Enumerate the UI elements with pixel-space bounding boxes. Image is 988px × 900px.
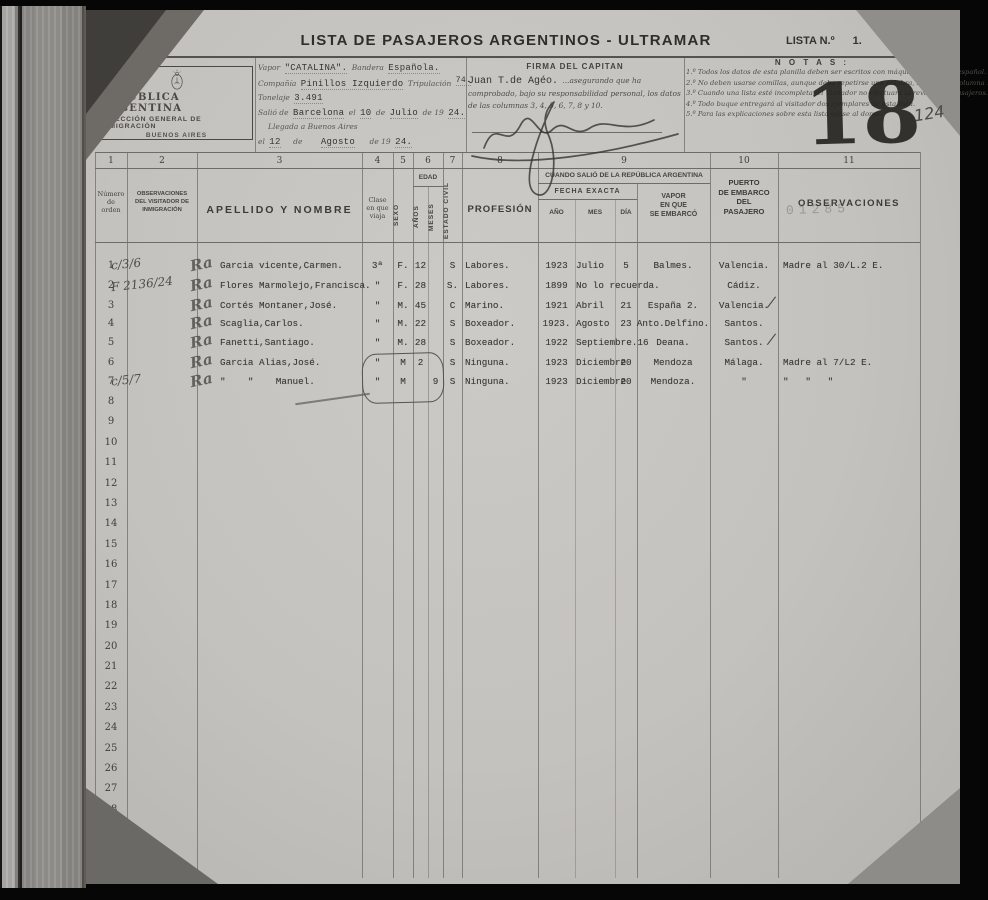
cell-nombre: Garcia vicente,Carmen. <box>220 260 343 271</box>
cell-profesion: Labores. <box>465 260 510 271</box>
page-number-stamp: 18 <box>803 66 922 161</box>
list-item: 22 <box>95 677 127 697</box>
list-item: 19 <box>95 616 127 636</box>
table-row: 5 Ra Fanetti,Santiago. " M. 28 S Boxeado… <box>95 337 927 357</box>
list-item: 26 <box>95 759 127 779</box>
cell-nombre: " " Manuel. <box>220 376 315 387</box>
list-item: 25 <box>95 739 127 759</box>
ship-line-arrival-label: Llegada a Buenos Aires <box>258 119 464 134</box>
cell-vapor: Mendoza. <box>635 376 711 387</box>
cell-ano: 1923 <box>538 357 575 368</box>
org-city: BUENOS AIRES <box>146 132 207 139</box>
scanned-passenger-list-photo: LISTA DE PASAJEROS ARGENTINOS - ULTRAMAR… <box>0 0 988 900</box>
header-apellido-nombre: APELLIDO Y NOMBRE <box>197 204 362 216</box>
cell-clase: " <box>362 337 393 348</box>
cell-sexo: M. <box>393 337 413 348</box>
cell-mes: No lo recuerda. <box>576 280 660 291</box>
cell-nombre: Scaglia,Carlos. <box>220 318 304 329</box>
list-item: 8 <box>95 392 127 412</box>
list-item: 24 <box>95 718 127 738</box>
header-clase: Clase en que viaja <box>362 196 393 220</box>
cell-profesion: Ninguna. <box>465 357 510 368</box>
cell-sexo: M. <box>393 318 413 329</box>
cell-clase: " <box>362 318 393 329</box>
cell-estado-civil: S <box>443 357 462 368</box>
document-page: LISTA DE PASAJEROS ARGENTINOS - ULTRAMAR… <box>86 10 960 884</box>
arrival-year: 24. <box>395 137 412 148</box>
list-item: 12 <box>95 474 127 494</box>
cell-nota-visitador: c/5/7 <box>110 371 141 388</box>
list-number-value: 1. <box>853 35 862 47</box>
table-row: 1 c/3/6 Ra Garcia vicente,Carmen. 3ª F. … <box>95 260 927 280</box>
org-department: DIRECCIÓN GENERAL DE INMIGRACIÓN <box>101 116 252 130</box>
cell-puerto: Cádiz. <box>710 280 778 291</box>
ship-flag: Española. <box>388 63 439 74</box>
col-number-2: 2 <box>127 156 197 168</box>
header-edad-meses: MESES <box>428 192 443 242</box>
list-item: 18 <box>95 596 127 616</box>
list-item: 11 <box>95 453 127 473</box>
cell-profesion: Marino. <box>465 300 504 311</box>
header-numero-orden: Número de orden <box>95 190 127 214</box>
handwritten-signature-icon <box>456 90 696 210</box>
col-number-3: 3 <box>197 156 362 168</box>
ship-info-block: Vapor "CATALINA". Bandera Española. Comp… <box>258 60 464 148</box>
cell-ano: 1921 <box>538 300 575 311</box>
header-ano: AÑO <box>538 209 575 216</box>
cell-dia: 20 <box>615 357 637 368</box>
cell-sexo: M. <box>393 300 413 311</box>
cell-nota-visitador: c/3/6 <box>110 255 141 272</box>
cell-edad-anos: 45 <box>413 300 428 311</box>
arrival-month: Agosto <box>321 137 355 148</box>
empty-row-numbers: 8910111213141516171819202122232425262728… <box>95 392 127 861</box>
cell-ano: 1923 <box>538 376 575 387</box>
cell-nombre: Cortés Montaner,José. <box>220 300 337 311</box>
page-title: LISTA DE PASAJEROS ARGENTINOS - ULTRAMAR <box>126 32 886 49</box>
cell-dia: 20 <box>615 376 637 387</box>
cell-vapor: Mendoza <box>635 357 711 368</box>
cell-numero: 4 <box>95 318 127 329</box>
cell-numero: 3 <box>95 300 127 311</box>
cell-rubrica: Ra <box>188 369 214 391</box>
col-number-6: 6 <box>413 156 443 168</box>
header-sexo: SEXO <box>393 188 413 242</box>
ship-line-vapor: Vapor "CATALINA". Bandera Española. <box>258 60 464 75</box>
cell-sexo: F. <box>393 280 413 291</box>
cell-clase: 3ª <box>362 260 393 271</box>
cell-ano: 1923 <box>538 260 575 271</box>
argentina-coat-of-arms-icon <box>165 69 189 91</box>
cell-mes: Agosto <box>576 318 609 329</box>
header-puerto-embarco: PUERTO DE EMBARCO DEL PASAJERO <box>710 178 778 216</box>
departure-port: Barcelona <box>293 108 344 119</box>
ship-name: "CATALINA". <box>285 63 348 74</box>
captain-signature-block: FIRMA DEL CAPITAN Juan T.de Agéo. ...ase… <box>468 62 682 111</box>
cell-ano: 1899 <box>538 280 575 291</box>
cell-observaciones: " " " <box>783 376 833 387</box>
ship-line-arrival: el 12 de Agosto de 19 24. <box>258 134 464 149</box>
cell-estado-civil: C <box>443 300 462 311</box>
cell-puerto: Valencia. <box>710 260 778 271</box>
ship-line-company: Compañía Pinillos Izquierdo Tripulación … <box>258 75 464 91</box>
cell-observaciones: Madre al 30/L.2 E. <box>783 260 883 271</box>
cell-puerto: " <box>710 376 778 387</box>
table-row: 2 F 2136/24 Ra Flores Marmolejo,Francisc… <box>95 280 927 300</box>
cell-nombre: Flores Marmolejo,Francisca. <box>220 280 371 291</box>
list-item: 27 <box>95 779 127 799</box>
list-item: 20 <box>95 637 127 657</box>
cell-estado-civil: S <box>443 260 462 271</box>
list-item: 16 <box>95 555 127 575</box>
list-item: 21 <box>95 657 127 677</box>
cell-vapor: Anto.Delfino. <box>635 318 711 329</box>
table-row: 7 c/5/7 Ra " " Manuel. " M 9 S Ninguna. … <box>95 376 927 396</box>
list-item: 23 <box>95 698 127 718</box>
table-header-bottom-rule <box>95 242 920 243</box>
cell-estado-civil: S <box>443 376 462 387</box>
ship-line-departure: Salió de Barcelona el 10 de Julio de 19 … <box>258 105 464 120</box>
cell-puerto: Málaga. <box>710 357 778 368</box>
cell-clase: " <box>362 280 393 291</box>
list-item: 17 <box>95 576 127 596</box>
cell-estado-civil: S <box>443 337 462 348</box>
cell-mes: Julio <box>576 260 604 271</box>
cell-estado-civil: S <box>443 318 462 329</box>
cell-nombre: Fanetti,Santiago. <box>220 337 315 348</box>
table-row: 4 Ra Scaglia,Carlos. " M. 22 S Boxeador.… <box>95 318 927 338</box>
cell-nombre: Garcia Alias,José. <box>220 357 320 368</box>
list-item: 15 <box>95 535 127 555</box>
list-item: 14 <box>95 514 127 534</box>
table-row: 3 Ra Cortés Montaner,José. " M. 45 C Mar… <box>95 300 927 320</box>
col-number-4: 4 <box>362 156 393 168</box>
cell-estado-civil: S. <box>443 280 462 291</box>
cell-mes: Abril <box>576 300 604 311</box>
cell-sexo: F. <box>393 260 413 271</box>
cell-numero: 6 <box>95 357 127 368</box>
ship-tonnage: 3.491 <box>294 93 323 104</box>
header-edad-anos: AÑOS <box>413 192 428 242</box>
cell-edad-anos: 12 <box>413 260 428 271</box>
captain-block-title: FIRMA DEL CAPITAN <box>468 62 682 71</box>
cell-profesion: Boxeador. <box>465 318 515 329</box>
col-number-10: 10 <box>710 156 778 168</box>
header-dia: DÍA <box>615 209 637 216</box>
cell-edad-anos: 28 <box>413 280 428 291</box>
header-observaciones: OBSERVACIONES <box>778 198 920 209</box>
cell-edad-anos: 22 <box>413 318 428 329</box>
list-number-label: LISTA N.º <box>786 35 835 47</box>
ship-company: Pinillos Izquierdo <box>301 79 404 90</box>
captain-name: Juan T.de Agéo. <box>468 76 558 87</box>
header-mes: MES <box>575 209 615 216</box>
departure-day: 10 <box>360 108 371 119</box>
col-number-5: 5 <box>393 156 413 168</box>
list-item: 10 <box>95 433 127 453</box>
cell-vapor: Deana. <box>635 337 711 348</box>
cell-puerto: Santos. <box>710 318 778 329</box>
cell-clase: " <box>362 300 393 311</box>
book-spine-page-edges <box>0 6 86 888</box>
departure-month: Julio <box>390 108 419 119</box>
photo-corner-bottom-right <box>848 788 960 884</box>
cell-profesion: Ninguna. <box>465 376 510 387</box>
arrival-day: 12 <box>269 137 280 148</box>
photo-corner-bottom-left <box>86 788 218 884</box>
list-number: LISTA N.º1. <box>786 35 862 47</box>
table-row: 6 Ra Garcia Alias,José. " M 2 S Ninguna.… <box>95 357 927 377</box>
handwritten-oval-annotation <box>361 352 444 404</box>
cell-dia: 23 <box>615 318 637 329</box>
col-number-1: 1 <box>95 156 127 168</box>
cell-edad-anos: 28 <box>413 337 428 348</box>
cell-numero: 5 <box>95 337 127 348</box>
list-item: 13 <box>95 494 127 514</box>
cell-ano: 1923. <box>538 318 575 329</box>
cell-profesion: Labores. <box>465 280 510 291</box>
cell-vapor: Balmes. <box>635 260 711 271</box>
cell-dia: 5 <box>615 260 637 271</box>
cell-observaciones: Madre al 7/L2 E. <box>783 357 872 368</box>
cell-ano: 1922 <box>538 337 575 348</box>
header-edad: EDAD <box>413 174 443 181</box>
header-observaciones-visitador: OBSERVACIONES DEL VISITADOR DE INMIGRACI… <box>127 190 197 214</box>
cell-profesion: Boxeador. <box>465 337 515 348</box>
list-item: 9 <box>95 412 127 432</box>
header-divider <box>255 58 256 152</box>
cell-vapor: España 2. <box>635 300 711 311</box>
cell-dia: 21 <box>615 300 637 311</box>
